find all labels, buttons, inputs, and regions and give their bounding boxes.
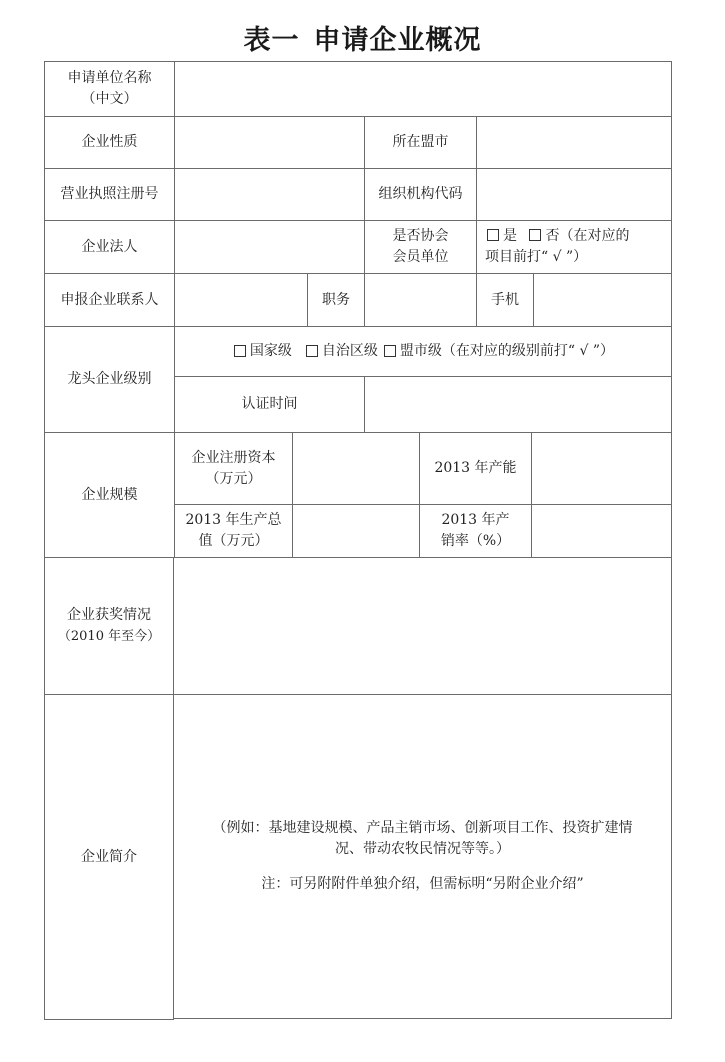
national-checkbox[interactable] — [234, 345, 246, 357]
intro-field[interactable]: （例如：基地建设规模、产品主销市场、创新项目工作、投资扩建情 况、带动农牧民情况… — [173, 694, 672, 1019]
sales-rate-line1: 2013 年产 — [441, 510, 509, 531]
mobile-field[interactable] — [533, 273, 672, 327]
member-hint-line2: 项目前打“ √ ”） — [485, 247, 671, 268]
title-part1: 表一 — [244, 25, 300, 56]
output-value-line2: 值（万元） — [199, 531, 269, 552]
intro-note: 注：可另附附件单独介绍，但需标明“另附企业介绍” — [261, 874, 583, 895]
member-hint-line1: （在对应的 — [559, 228, 629, 244]
registered-capital-field[interactable] — [292, 432, 420, 505]
registered-capital-line2: （万元） — [206, 469, 262, 490]
output-value-label: 2013 年生产总 值（万元） — [174, 504, 293, 558]
sales-rate-field[interactable] — [531, 504, 672, 558]
license-label: 营业执照注册号 — [44, 168, 175, 221]
intro-example-line1: （例如：基地建设规模、产品主销市场、创新项目工作、投资扩建情 — [213, 818, 633, 839]
leading-level-options: 国家级 自治区级 盟市级（在对应的级别前打“ √ ”） — [174, 326, 672, 377]
awards-label-line2: （2010 年至今） — [58, 626, 160, 647]
capacity-field[interactable] — [531, 432, 672, 505]
title-part2: 申请企业概况 — [314, 25, 482, 56]
awards-field[interactable] — [173, 557, 672, 695]
region-label: 自治区级 — [322, 341, 378, 362]
member-label: 是否协会 会员单位 — [364, 220, 477, 274]
region-checkbox[interactable] — [306, 345, 318, 357]
contact-label: 申报企业联系人 — [44, 273, 175, 327]
leading-level-hint: （在对应的级别前打“ √ ”） — [442, 341, 614, 362]
member-label-line2: 会员单位 — [393, 247, 449, 268]
name-label-line2: （中文） — [82, 89, 138, 110]
city-level-checkbox[interactable] — [384, 345, 396, 357]
sales-rate-label: 2013 年产 销率（%） — [419, 504, 532, 558]
city-label: 所在盟市 — [364, 116, 477, 169]
output-value-line1: 2013 年生产总 — [185, 510, 281, 531]
intro-label: 企业简介 — [44, 694, 174, 1020]
member-options-line1: 是 否（在对应的 — [485, 226, 671, 247]
name-label: 申请单位名称 （中文） — [44, 61, 175, 117]
name-field[interactable] — [174, 61, 672, 117]
org-code-label: 组织机构代码 — [364, 168, 477, 221]
output-value-field[interactable] — [292, 504, 420, 558]
scale-label: 企业规模 — [44, 432, 175, 558]
nature-field[interactable] — [174, 116, 365, 169]
member-yes-checkbox[interactable] — [487, 229, 499, 241]
mobile-label: 手机 — [476, 273, 534, 327]
member-yes-label: 是 — [503, 228, 517, 244]
member-no-label: 否 — [545, 228, 559, 244]
awards-label: 企业获奖情况 （2010 年至今） — [44, 557, 174, 695]
org-code-field[interactable] — [476, 168, 672, 221]
city-level-label: 盟市级 — [400, 341, 442, 362]
position-field[interactable] — [364, 273, 477, 327]
cert-time-label: 认证时间 — [174, 376, 365, 433]
name-label-line1: 申请单位名称 — [68, 68, 152, 89]
city-field[interactable] — [476, 116, 672, 169]
member-label-line1: 是否协会 — [393, 226, 449, 247]
member-options: 是 否（在对应的 项目前打“ √ ”） — [476, 220, 672, 274]
intro-example-line2: 况、带动农牧民情况等等。） — [335, 839, 510, 860]
nature-label: 企业性质 — [44, 116, 175, 169]
legal-field[interactable] — [174, 220, 365, 274]
cert-time-field[interactable] — [364, 376, 672, 433]
national-label: 国家级 — [250, 341, 292, 362]
page-title: 表一申请企业概况 — [0, 18, 725, 57]
sales-rate-line2: 销率（%） — [441, 531, 510, 552]
awards-label-line1: 企业获奖情况 — [67, 605, 151, 626]
license-field[interactable] — [174, 168, 365, 221]
position-label: 职务 — [307, 273, 365, 327]
capacity-label: 2013 年产能 — [419, 432, 532, 505]
registered-capital-line1: 企业注册资本 — [192, 448, 276, 469]
leading-level-label: 龙头企业级别 — [44, 326, 175, 433]
registered-capital-label: 企业注册资本 （万元） — [174, 432, 293, 505]
legal-label: 企业法人 — [44, 220, 175, 274]
member-no-checkbox[interactable] — [529, 229, 541, 241]
contact-field[interactable] — [174, 273, 308, 327]
